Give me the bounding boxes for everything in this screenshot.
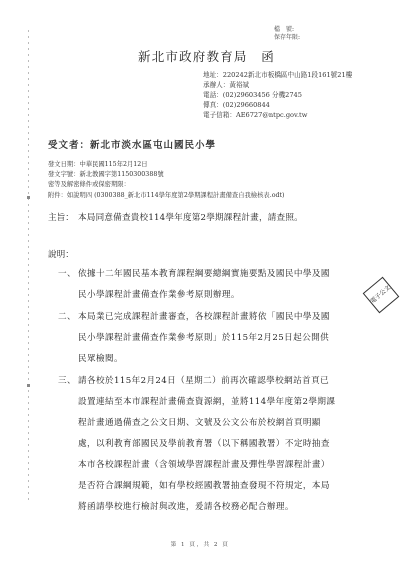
contact-handler: 承辦人：黃裕斌: [203, 80, 393, 90]
page-number: 第 1 頁，共 2 頁: [0, 540, 400, 548]
list-item: 一、 依據十二年國民基本教育課程綱要總綱實施要點及國民中學及國民小學課程計畫備查…: [58, 264, 338, 306]
list-item: 三、 請各校於115年2月24日（星期二）前再次確認學校網站首頁已設置連結至本市…: [58, 371, 338, 518]
explanation-label: 說明：: [48, 248, 74, 260]
issue-date: 發文日期：中華民國115年2月12日: [48, 160, 285, 170]
document-title: 新北市政府教育局 函: [138, 47, 275, 65]
item-number: 一、: [58, 264, 76, 285]
item-number: 三、: [58, 371, 76, 392]
subject-text: 本局同意備查貴校114學年度第2學期課程計畫，請查照。: [48, 208, 348, 228]
subject-label: 主旨：: [48, 208, 74, 228]
contact-address: 地址：220242新北市板橋區中山路1段161號21樓: [203, 70, 393, 80]
retention-period: 保存年限:: [274, 34, 300, 42]
contact-phone: 電話：(02)29603456 分機2745: [203, 90, 393, 100]
contact-fax: 傳真：(02)29660844: [203, 100, 393, 110]
electronic-document-stamp: 電子公文: [363, 277, 400, 314]
recipient: 受文者：新北市淡水區屯山國民小學: [48, 137, 216, 151]
file-number: 檔 號:: [274, 26, 300, 34]
item-text: 請各校於115年2月24日（星期二）前再次確認學校網站首頁已設置連結至本市課程計…: [78, 376, 335, 512]
doc-info: 發文日期：中華民國115年2月12日 發文字號：新北教國字第1150300388…: [48, 160, 285, 201]
explanation-list: 一、 依據十二年國民基本教育課程綱要總綱實施要點及國民中學及國民小學課程計畫備查…: [58, 264, 338, 519]
binding-line: [28, 30, 30, 500]
classification: 密等及解密條件或保密期限：: [48, 180, 285, 190]
file-meta: 檔 號: 保存年限:: [274, 26, 300, 41]
document-number: 發文字號：新北教國字第1150300388號: [48, 170, 285, 180]
contact-block: 地址：220242新北市板橋區中山路1段161號21樓 承辦人：黃裕斌 電話：(…: [203, 70, 393, 120]
subject: 主旨： 本局同意備查貴校114學年度第2學期課程計畫，請查照。: [48, 208, 348, 228]
item-text: 依據十二年國民基本教育課程綱要總綱實施要點及國民中學及國民小學課程計畫備查作業參…: [78, 269, 330, 300]
contact-email: 電子信箱：AE6727@ntpc.gov.tw: [203, 110, 393, 120]
item-text: 本局業已完成課程計畫審查，各校課程計畫將依「國民中學及國民小學課程計畫備查作業參…: [78, 312, 330, 364]
item-number: 二、: [58, 307, 76, 328]
attachment: 附件：如說明四 (0300388_新北市114學年度第2學期課程計畫備查自我檢核…: [48, 191, 285, 201]
binding-mark: [27, 384, 30, 387]
binding-mark: [27, 196, 30, 199]
list-item: 二、 本局業已完成課程計畫審查，各校課程計畫將依「國民中學及國民小學課程計畫備查…: [58, 307, 338, 370]
